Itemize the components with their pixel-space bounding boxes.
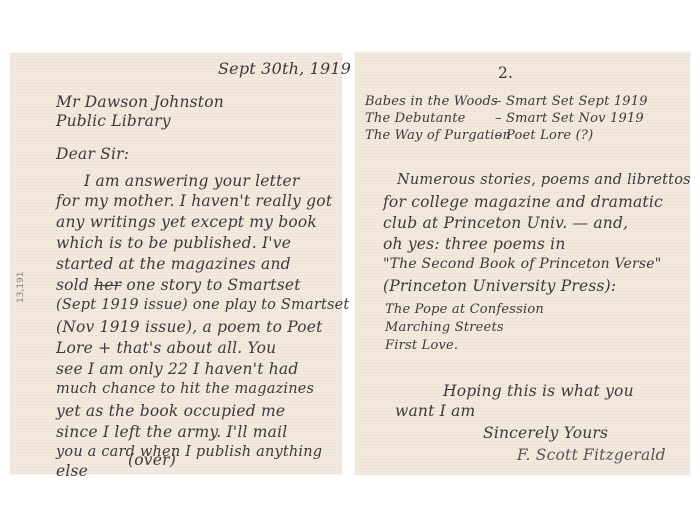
salutation: Dear Sir: bbox=[56, 145, 129, 163]
body-line: much chance to hit the magazines bbox=[56, 381, 314, 397]
body-line: see I am only 22 I haven't had bbox=[56, 360, 299, 378]
body-line: which is to be published. I've bbox=[56, 234, 291, 252]
work-row: The Way of Purgation– Poet Lore (?) bbox=[365, 128, 593, 143]
body-line: for college magazine and dramatic bbox=[383, 193, 663, 211]
body-line: club at Princeton Univ. — and, bbox=[383, 214, 628, 232]
poem-title: The Pope at Confession bbox=[385, 302, 544, 317]
letter-date: Sept 30th, 1919 bbox=[218, 59, 351, 78]
body-line: (Sept 1919 issue) one play to Smartset bbox=[56, 297, 349, 313]
signature: F. Scott Fitzgerald bbox=[517, 446, 666, 464]
work-row: Babes in the Woods– Smart Set Sept 1919 bbox=[365, 94, 648, 109]
recipient-name: Mr Dawson Johnston bbox=[56, 93, 224, 111]
recipient-institution: Public Library bbox=[56, 112, 171, 130]
work-title: Babes in the Woods bbox=[365, 94, 495, 109]
body-line: oh yes: three poems in bbox=[383, 235, 566, 253]
body-line: any writings yet except my book bbox=[56, 213, 317, 231]
valediction: Sincerely Yours bbox=[483, 424, 608, 442]
body-line-rest: one story to Smartset bbox=[121, 276, 300, 294]
body-line: started at the magazines and bbox=[56, 255, 291, 273]
body-line: Lore + that's about all. You bbox=[56, 339, 276, 357]
body-line: for my mother. I haven't really got bbox=[56, 192, 332, 210]
body-line: (Princeton University Press): bbox=[383, 277, 616, 295]
body-line: you a card when I publish anything bbox=[56, 444, 322, 460]
work-venue: – Smart Set Nov 1919 bbox=[495, 111, 644, 126]
body-line: yet as the book occupied me bbox=[56, 402, 285, 420]
work-venue: – Smart Set Sept 1919 bbox=[495, 94, 648, 109]
poem-title: First Love. bbox=[385, 338, 458, 353]
letter-page-1: 13,191 Sept 30th, 1919 Mr Dawson Johnsto… bbox=[10, 53, 342, 474]
work-title: The Debutante bbox=[365, 111, 495, 126]
work-venue: – Poet Lore (?) bbox=[495, 128, 593, 143]
body-line: (Nov 1919 issue), a poem to Poet bbox=[56, 318, 323, 336]
over-note: (over) bbox=[128, 451, 176, 469]
poem-title: Marching Streets bbox=[385, 320, 504, 335]
body-line: sold her one story to Smartset bbox=[56, 276, 301, 294]
closing-line: Hoping this is what you bbox=[443, 382, 634, 400]
body-line: since I left the army. I'll mail bbox=[56, 423, 287, 441]
body-line: I am answering your letter bbox=[84, 172, 300, 190]
page-number: 2. bbox=[498, 64, 513, 82]
body-line: else bbox=[56, 462, 88, 480]
work-row: The Debutante– Smart Set Nov 1919 bbox=[365, 111, 644, 126]
work-title: The Way of Purgation bbox=[365, 128, 495, 143]
body-line: "The Second Book of Princeton Verse" bbox=[383, 256, 661, 272]
letter-page-2: 2. Babes in the Woods– Smart Set Sept 19… bbox=[355, 52, 690, 475]
closing-line: want I am bbox=[395, 402, 475, 420]
margin-note: 13,191 bbox=[16, 272, 26, 304]
body-line: Numerous stories, poems and librettos bbox=[397, 172, 691, 188]
struck-word: her bbox=[94, 276, 121, 294]
body-line-start: sold bbox=[56, 276, 94, 294]
